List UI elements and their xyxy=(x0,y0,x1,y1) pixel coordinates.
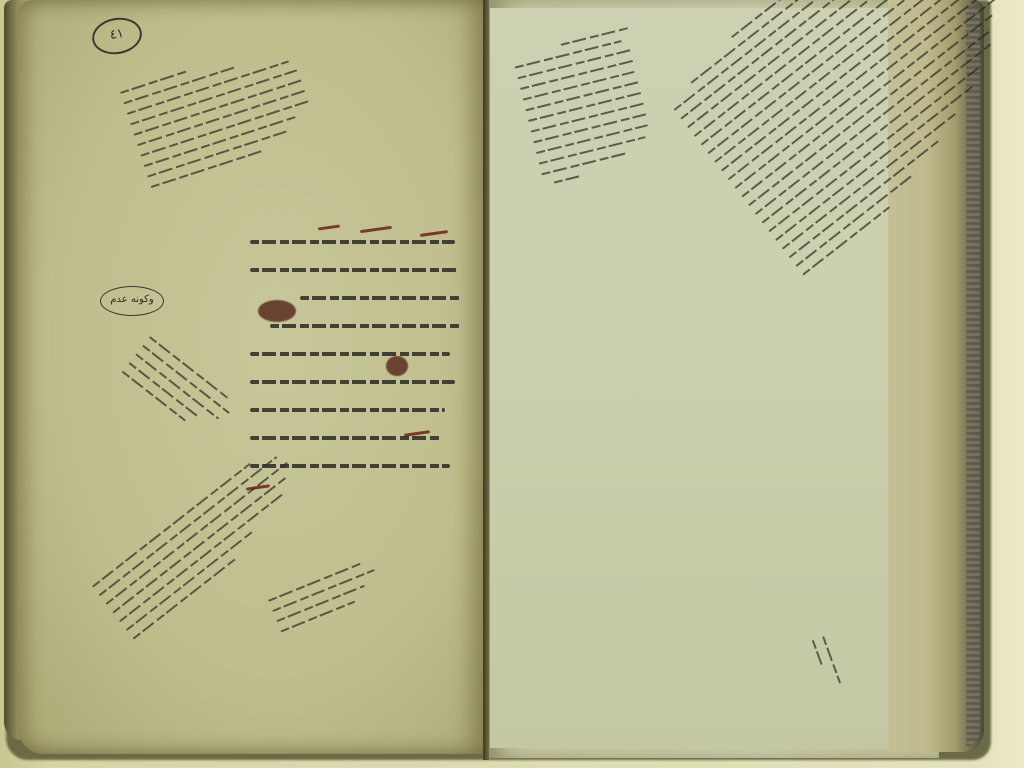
text-line xyxy=(554,174,584,183)
text-line xyxy=(270,324,460,328)
catchword-oval: وكونه عدم xyxy=(100,286,164,316)
text-line xyxy=(250,268,460,272)
text-line xyxy=(812,640,824,669)
text-line xyxy=(250,380,455,384)
text-line xyxy=(728,0,981,180)
text-line xyxy=(250,352,450,356)
text-line xyxy=(140,99,312,157)
text-line xyxy=(250,436,440,440)
text-line xyxy=(134,78,306,136)
text-line xyxy=(250,240,455,244)
text-line xyxy=(541,152,629,176)
gutter xyxy=(483,0,489,760)
text-line xyxy=(250,408,445,412)
ink-stain xyxy=(386,356,408,376)
text-line xyxy=(714,0,975,163)
text-line xyxy=(300,296,460,300)
text-line xyxy=(137,89,307,146)
ink-stain xyxy=(258,300,296,322)
